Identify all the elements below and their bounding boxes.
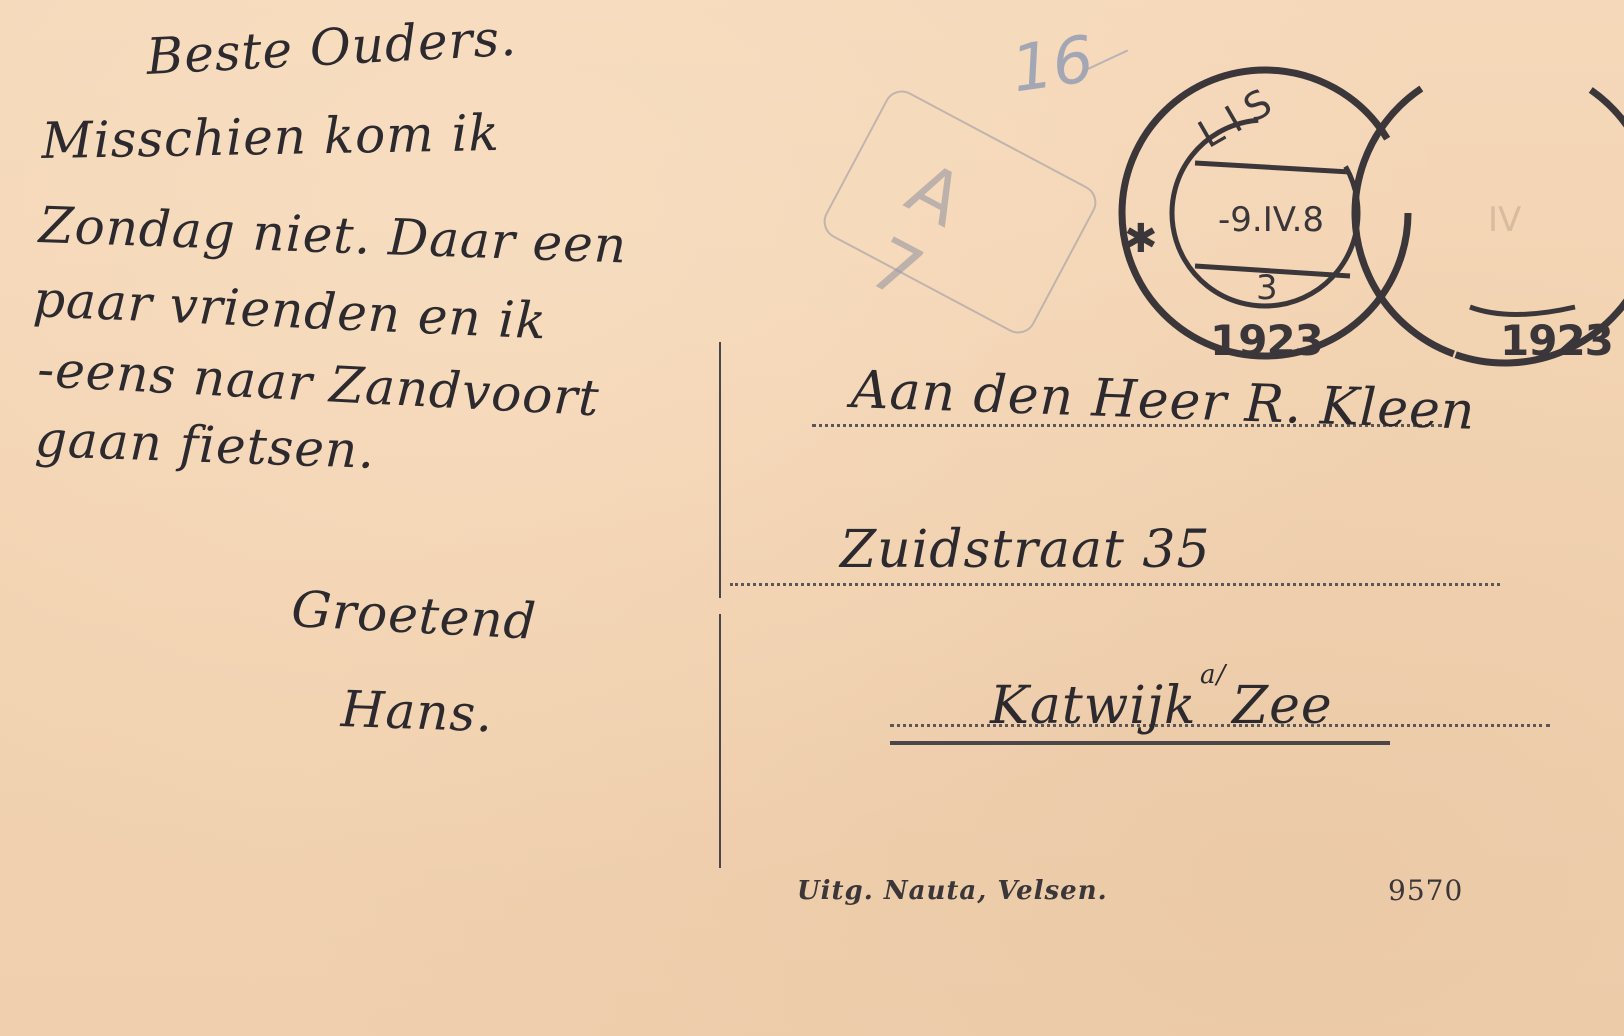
catalog-number: 9570 [1388,874,1463,907]
postmark-number: 3 [1256,268,1278,308]
postmark-star-icon: ✱ [1124,216,1158,262]
publisher-imprint: Uitg. Nauta, Velsen. [797,876,1108,906]
postmark-date: -9.IV.8 [1218,200,1324,240]
postcard-back: 16 A 7 Beste Ouders. Misschien kom ik Zo… [0,0,1624,1036]
postmark-2-month-faint: IV [1488,200,1521,240]
postmark-2-year: 1923 [1500,316,1613,365]
postmark-year: 1923 [1210,316,1323,365]
